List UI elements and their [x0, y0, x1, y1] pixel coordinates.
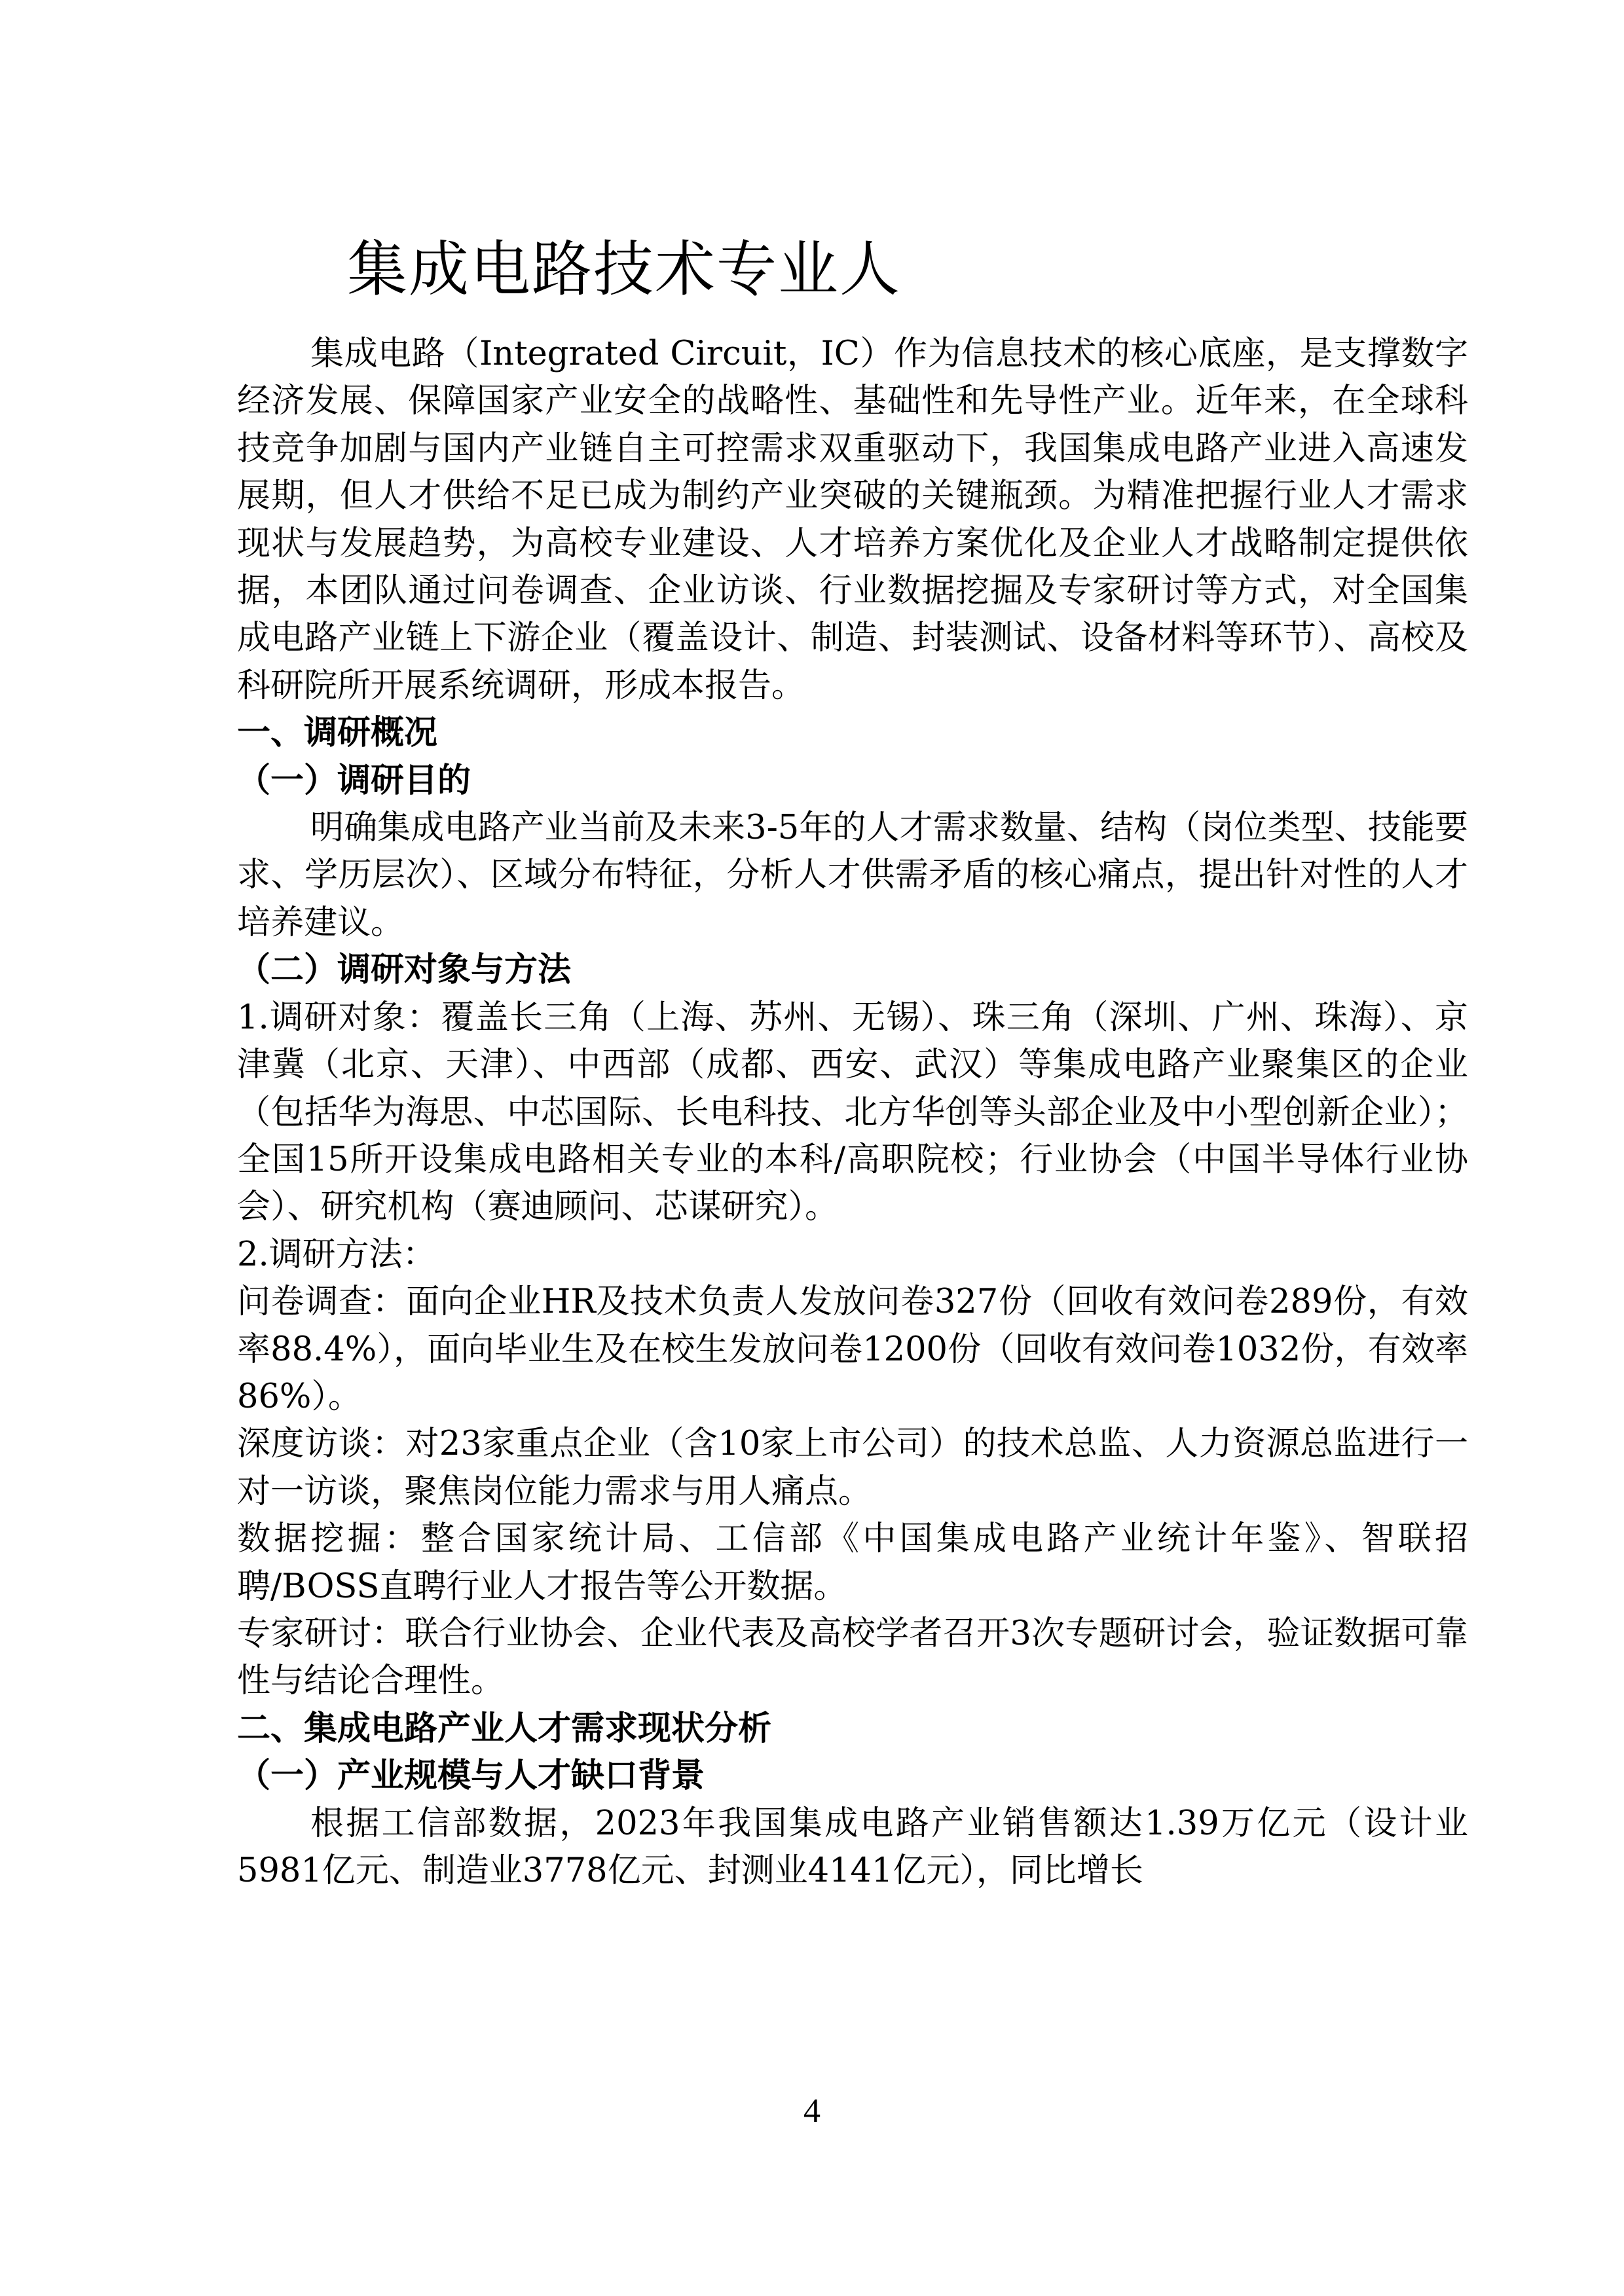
method-expert-paragraph: 专家研讨：联合行业协会、企业代表及高校学者召开3次专题研讨会，验证数据可靠性与结… [237, 1611, 1468, 1705]
method-interview-paragraph: 深度访谈：对23家重点企业（含10家上市公司）的技术总监、人力资源总监进行一对一… [237, 1421, 1468, 1516]
subsection-heading-1-1: （一）调研目的 [237, 757, 1468, 805]
subsection-heading-1-2: （二）调研对象与方法 [237, 947, 1468, 994]
industry-scale-paragraph: 根据工信部数据，2023年我国集成电路产业销售额达1.39万亿元（设计业5981… [237, 1800, 1468, 1895]
document-page: 集成电路技术专业人 集成电路（Integrated Circuit，IC）作为信… [0, 0, 1624, 2296]
document-body: 集成电路（Integrated Circuit，IC）作为信息技术的核心底座，是… [237, 331, 1468, 1895]
method-survey-paragraph: 问卷调查：面向企业HR及技术负责人发放问卷327份（回收有效问卷289份，有效率… [237, 1279, 1468, 1421]
method-data-mining-paragraph: 数据挖掘：整合国家统计局、工信部《中国集成电路产业统计年鉴》、智联招聘/BOSS… [237, 1516, 1468, 1611]
research-purpose-paragraph: 明确集成电路产业当前及未来3-5年的人才需求数量、结构（岗位类型、技能要求、学历… [237, 805, 1468, 947]
section-heading-1: 一、调研概况 [237, 710, 1468, 757]
intro-paragraph: 集成电路（Integrated Circuit，IC）作为信息技术的核心底座，是… [237, 331, 1468, 710]
section-heading-2: 二、集成电路产业人才需求现状分析 [237, 1705, 1468, 1753]
page-number: 4 [0, 2092, 1624, 2130]
research-methods-label: 2.调研方法： [237, 1231, 1468, 1279]
document-title: 集成电路技术专业人 [347, 230, 901, 309]
research-objects-paragraph: 1.调研对象：覆盖长三角（上海、苏州、无锡）、珠三角（深圳、广州、珠海）、京津冀… [237, 994, 1468, 1231]
subsection-heading-2-1: （一）产业规模与人才缺口背景 [237, 1753, 1468, 1800]
